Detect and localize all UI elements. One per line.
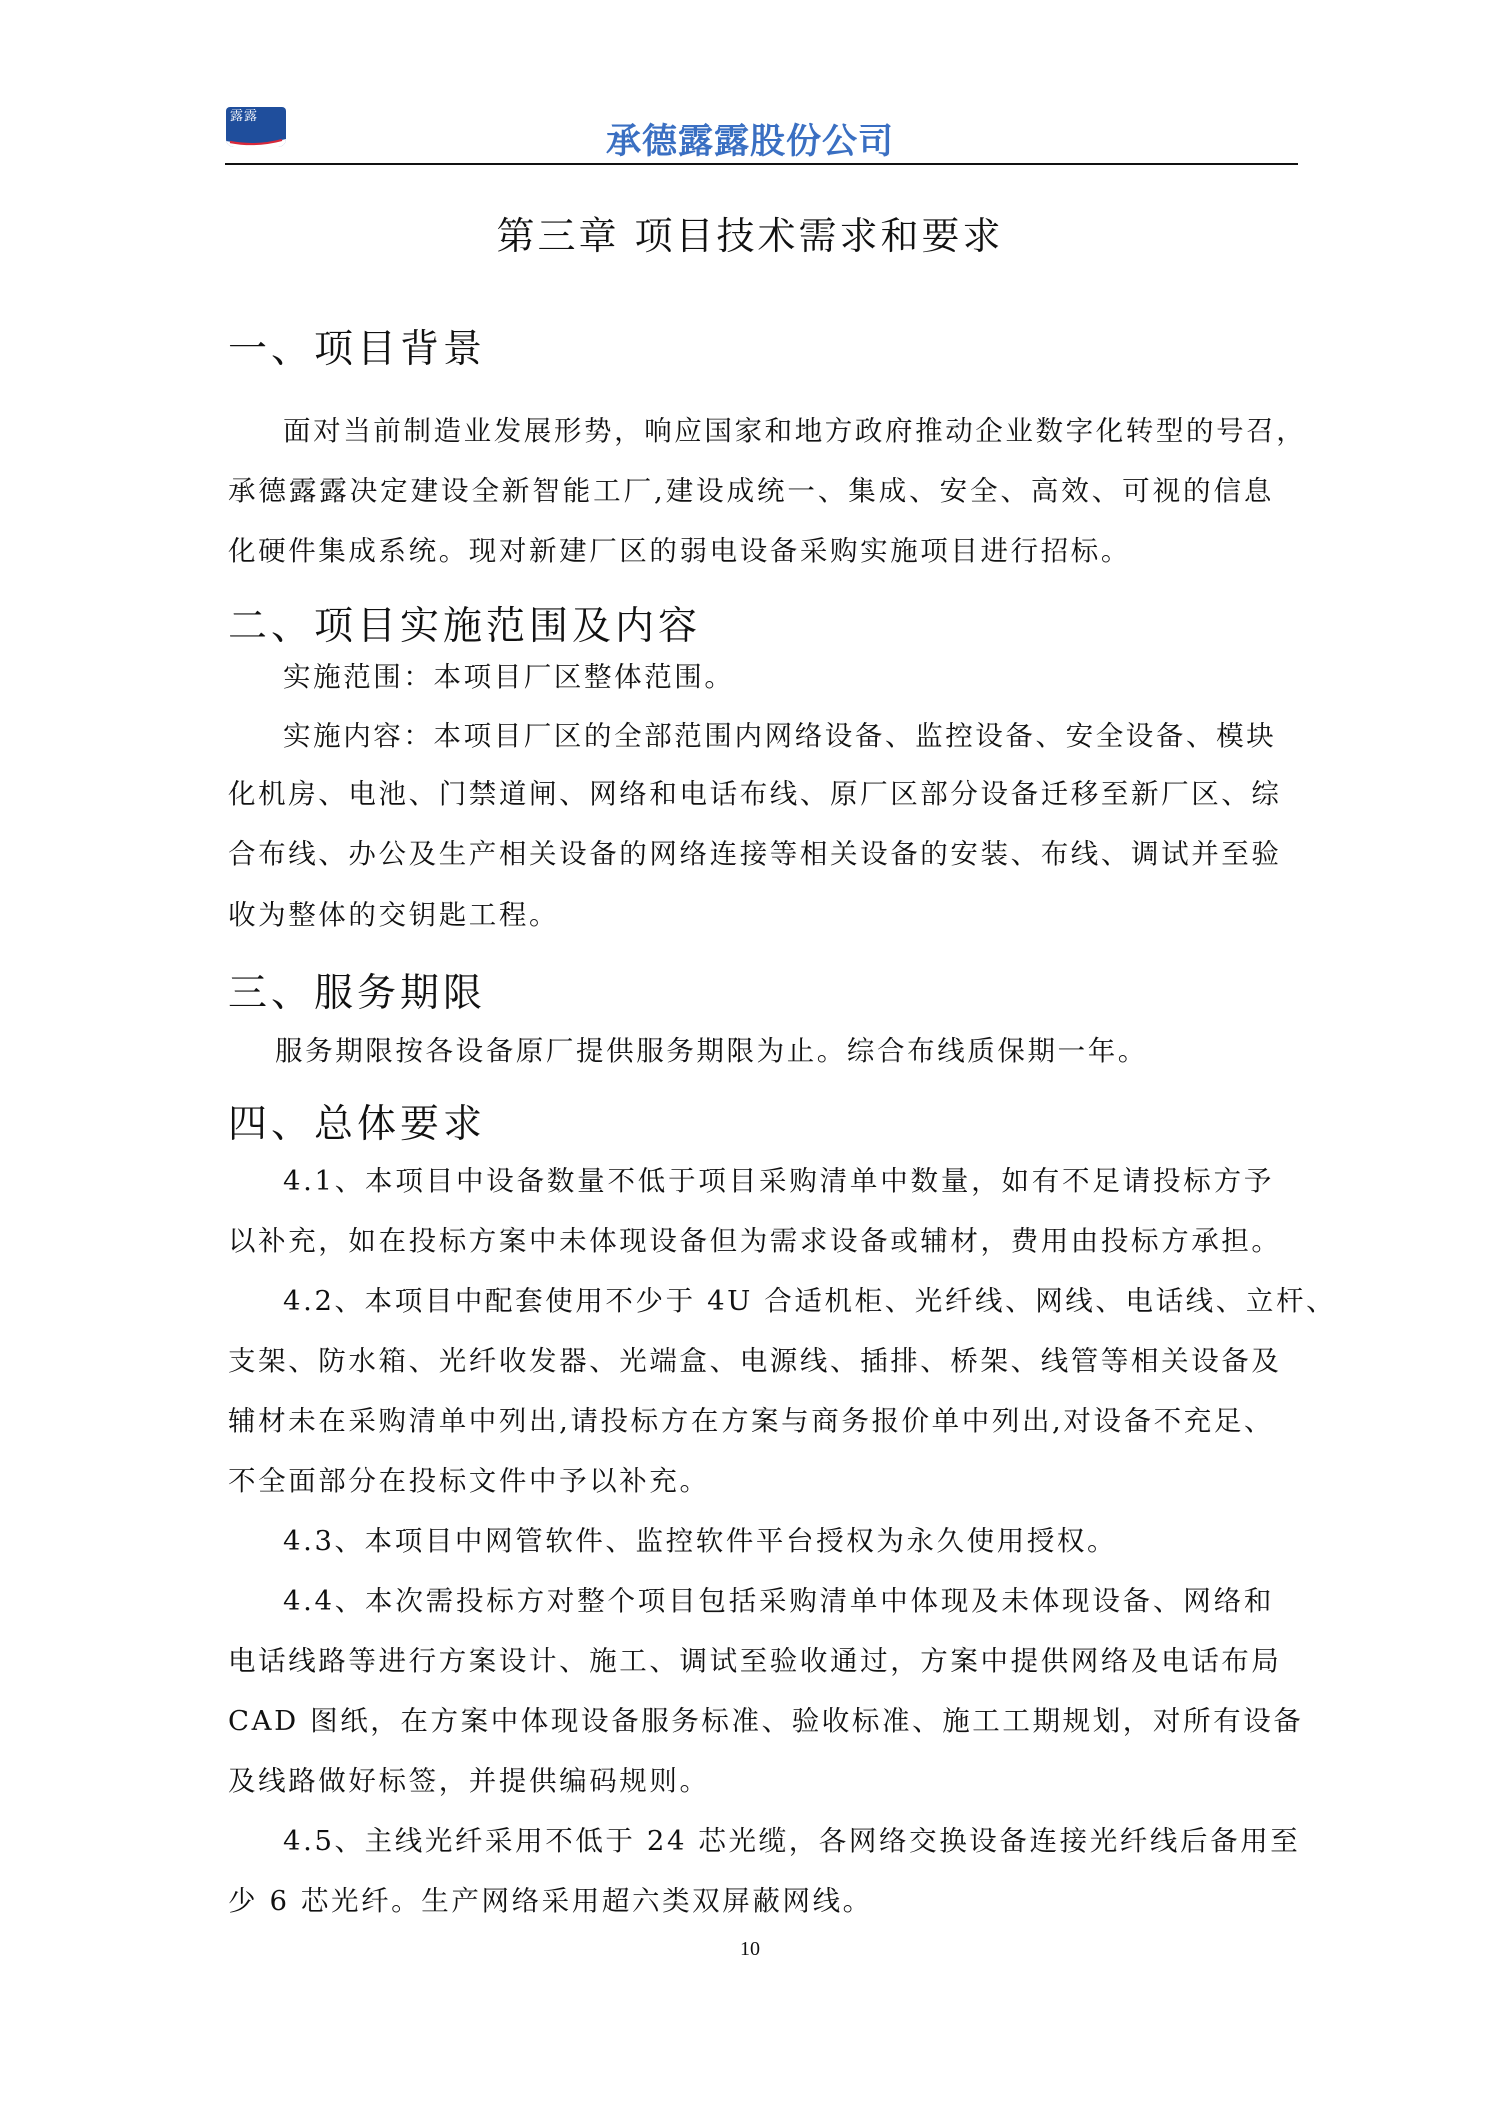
section-heading-service-period: 三、服务期限 (228, 962, 486, 1018)
requirement-line: CAD 图纸，在方案中体现设备服务标准、验收标准、施工工期规划，对所有设备 (228, 1698, 1274, 1738)
requirement-line: 4.1、本项目中设备数量不低于项目采购清单中数量，如有不足请投标方予 (283, 1158, 1274, 1198)
requirement-line: 4.5、主线光纤采用不低于 24 芯光缆，各网络交换设备连接光纤线后备用至 (283, 1818, 1274, 1858)
company-name: 承德露露股份公司 (0, 114, 1500, 164)
requirement-line: 辅材未在采购清单中列出,请投标方在方案与商务报价单中列出,对设备不充足、 (228, 1398, 1274, 1438)
chapter-title: 第三章 项目技术需求和要求 (0, 205, 1500, 260)
paragraph-line: 服务期限按各设备原厂提供服务期限为止。综合布线质保期一年。 (275, 1028, 1321, 1068)
paragraph-line: 化硬件集成系统。现对新建厂区的弱电设备采购实施项目进行招标。 (228, 528, 1274, 568)
section-heading-general-requirements: 四、总体要求 (228, 1093, 486, 1149)
paragraph-line: 实施范围：本项目厂区整体范围。 (283, 654, 1274, 694)
section-heading-scope: 二、项目实施范围及内容 (228, 595, 701, 651)
section-heading-background: 一、项目背景 (228, 318, 486, 374)
document-page: 露露 承德露露股份公司 第三章 项目技术需求和要求 一、项目背景 面对当前制造业… (0, 0, 1500, 2121)
requirement-line: 4.2、本项目中配套使用不少于 4U 合适机柜、光纤线、网线、电话线、立杆、 (283, 1278, 1274, 1318)
paragraph-line: 承德露露决定建设全新智能工厂,建设成统一、集成、安全、高效、可视的信息 (228, 468, 1274, 508)
header-rule (225, 163, 1298, 165)
requirement-line: 少 6 芯光纤。生产网络采用超六类双屏蔽网线。 (228, 1878, 1274, 1918)
requirement-line: 支架、防水箱、光纤收发器、光端盒、电源线、插排、桥架、线管等相关设备及 (228, 1338, 1274, 1378)
paragraph-line: 化机房、电池、门禁道闸、网络和电话布线、原厂区部分设备迁移至新厂区、综 (228, 771, 1274, 811)
requirement-line: 4.3、本项目中网管软件、监控软件平台授权为永久使用授权。 (283, 1518, 1274, 1558)
paragraph-line: 收为整体的交钥匙工程。 (228, 892, 1274, 932)
paragraph-line: 面对当前制造业发展形势，响应国家和地方政府推动企业数字化转型的号召， (283, 408, 1274, 448)
requirement-line: 4.4、本次需投标方对整个项目包括采购清单中体现及未体现设备、网络和 (283, 1578, 1274, 1618)
requirement-line: 电话线路等进行方案设计、施工、调试至验收通过，方案中提供网络及电话布局 (228, 1638, 1274, 1678)
requirement-line: 以补充，如在投标方案中未体现设备但为需求设备或辅材，费用由投标方承担。 (228, 1218, 1274, 1258)
requirement-line: 不全面部分在投标文件中予以补充。 (228, 1458, 1274, 1498)
paragraph-line: 合布线、办公及生产相关设备的网络连接等相关设备的安装、布线、调试并至验 (228, 831, 1274, 871)
paragraph-line: 实施内容：本项目厂区的全部范围内网络设备、监控设备、安全设备、模块 (283, 713, 1274, 753)
requirement-line: 及线路做好标签，并提供编码规则。 (228, 1758, 1274, 1798)
page-number: 10 (0, 1938, 1500, 1961)
